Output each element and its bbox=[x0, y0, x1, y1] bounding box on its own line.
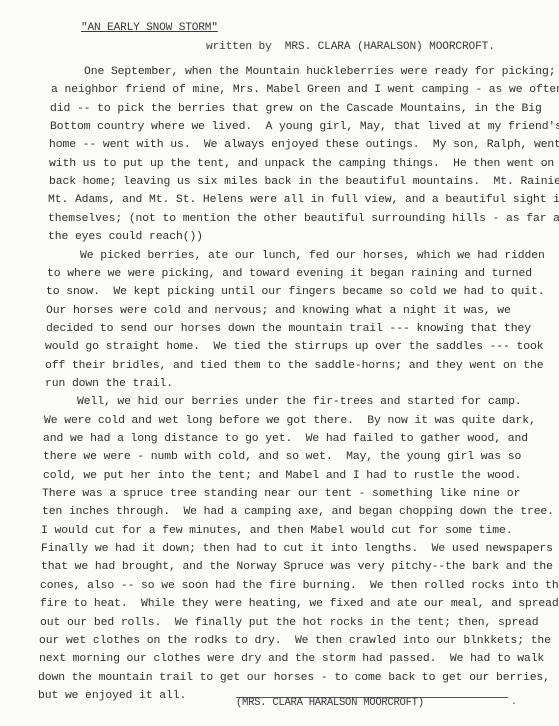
text-line: Finally we had it down; then had to cut … bbox=[41, 543, 553, 555]
text-line: One September, when the Mountain huckleb… bbox=[84, 66, 556, 78]
text-line: Bottom country where we lived. A young g… bbox=[50, 121, 559, 133]
text-line: home -- went with us. We always enjoyed … bbox=[49, 139, 559, 151]
text-line: back home; leaving us six miles back in … bbox=[49, 176, 559, 188]
typewritten-page: "AN EARLY SNOW STORM" written by MRS. CL… bbox=[0, 0, 559, 726]
text-line: We were cold and wet long before we got … bbox=[44, 415, 536, 427]
text-line: would go straight home. We tied the stir… bbox=[45, 341, 543, 353]
text-line: out our bed rolls. We finally put the ho… bbox=[40, 617, 538, 629]
text-line: a neighbor friend of mine, Mrs. Mabel Gr… bbox=[51, 84, 559, 96]
text-line: Our horses were cold and nervous; and kn… bbox=[46, 305, 511, 317]
text-line: Mt. Adams, and Mt. St. Helens were all i… bbox=[48, 194, 559, 206]
text-line: there we were - numb with cold, and so w… bbox=[43, 451, 521, 463]
text-line: cold, we put her into the tent; and Mabe… bbox=[43, 470, 521, 482]
text-line: I would cut for a few minutes, and then … bbox=[41, 525, 513, 537]
text-line: Well, we hid our berries under the fir-t… bbox=[77, 396, 522, 408]
text-line: next morning our clothes were dry and th… bbox=[39, 653, 544, 665]
text-line: cones, also -- so we soon had the fire b… bbox=[40, 580, 559, 592]
text-line: but we enjoyed it all. bbox=[38, 690, 186, 702]
text-line: the eyes could reach()) bbox=[48, 231, 203, 243]
text-line: fire to heat. While they were heating, w… bbox=[40, 598, 559, 610]
text-line: off their bridles, and tied them to the … bbox=[45, 360, 543, 372]
text-line: themselves; (not to mention the other be… bbox=[48, 213, 559, 225]
text-line: with us to put up the tent, and unpack t… bbox=[49, 158, 559, 170]
text-line: down the mountain trail to get our horse… bbox=[38, 672, 550, 684]
text-line: run down the trail. bbox=[45, 378, 173, 390]
text-line: We picked berries, ate our lunch, fed ou… bbox=[80, 250, 545, 262]
text-line: and we had a long distance to go yet. We… bbox=[43, 433, 528, 445]
text-line: to where we were picking, and toward eve… bbox=[47, 268, 532, 280]
story-title: "AN EARLY SNOW STORM" bbox=[81, 22, 218, 34]
text-line: to snow. We kept picking until our finge… bbox=[46, 286, 544, 298]
text-line: There was a spruce tree standing near ou… bbox=[42, 488, 520, 500]
text-line: that we had brought, and the Norway Spru… bbox=[41, 561, 553, 573]
text-line: did -- to pick the berries that grew on … bbox=[50, 103, 542, 115]
signature-end: . bbox=[511, 697, 517, 708]
byline: written by MRS. CLARA (HARALSON) MOORCRO… bbox=[206, 41, 495, 53]
text-line: our wet clothes on the rodks to dry. We … bbox=[39, 635, 551, 647]
text-line: decided to send our horses down the moun… bbox=[46, 323, 531, 335]
signature: (MRS. CLARA HARALSON MOORCROFT) bbox=[236, 697, 424, 709]
text-line: ten inches through. We had a camping axe… bbox=[42, 506, 554, 518]
